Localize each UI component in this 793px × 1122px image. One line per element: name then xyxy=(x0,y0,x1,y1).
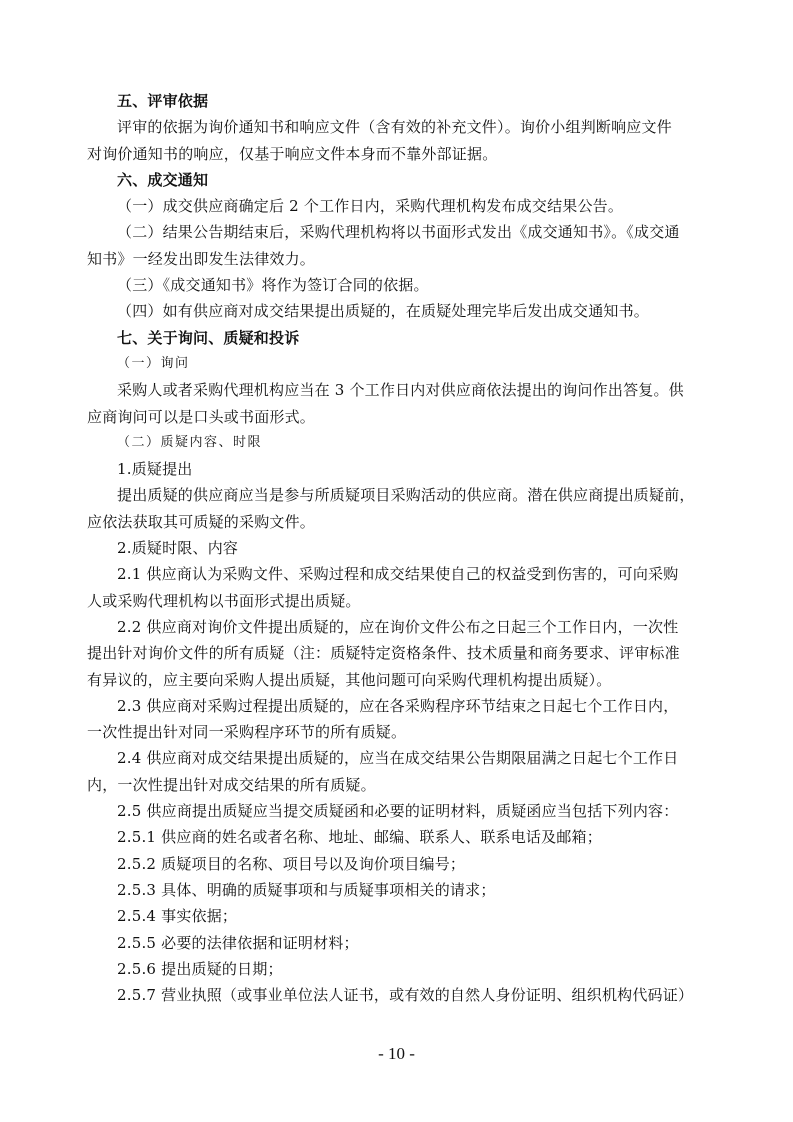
paragraph-line: 2.质疑时限、内容 xyxy=(87,535,712,561)
paragraph-line: 对询价通知书的响应，仅基于响应文件本身而不靠外部证据。 xyxy=(87,141,712,167)
paragraph-line: 有异议的，应主要向采购人提出质疑，其他问题可向采购代理机构提出质疑）。 xyxy=(87,667,712,693)
paragraph-line: 2.5 供应商提出质疑应当提交质疑函和必要的证明材料，质疑函应当包括下列内容： xyxy=(87,798,712,824)
list-item: 2.5.4 事实依据； xyxy=(87,903,712,929)
paragraph-line: 一次性提出针对同一采购程序环节的所有质疑。 xyxy=(87,719,712,745)
paragraph-line: 提出质疑的供应商应当是参与所质疑项目采购活动的供应商。潜在供应商提出质疑前， xyxy=(87,482,712,508)
subheading-challenge-content-deadline: （二）质疑内容、时限 xyxy=(87,430,712,456)
paragraph-line: 知书》一经发出即发生法律效力。 xyxy=(87,246,712,272)
paragraph-line: 采购人或者采购代理机构应当在 3 个工作日内对供应商依法提出的询问作出答复。供 xyxy=(87,377,712,403)
paragraph-line: 评审的依据为询价通知书和响应文件（含有效的补充文件）。询价小组判断响应文件 xyxy=(87,114,712,140)
list-item: 2.5.7 营业执照（或事业单位法人证书，或有效的自然人身份证明、组织机构代码证… xyxy=(87,982,712,1008)
paragraph-line: 2.3 供应商对采购过程提出质疑的，应在各采购程序环节结束之日起七个工作日内， xyxy=(87,693,712,719)
list-item: 2.5.5 必要的法律依据和证明材料； xyxy=(87,930,712,956)
paragraph-line: （四）如有供应商对成交结果提出质疑的，在质疑处理完毕后发出成交通知书。 xyxy=(87,298,712,324)
paragraph-line: （三）《成交通知书》将作为签订合同的依据。 xyxy=(87,272,712,298)
list-item: 2.5.2 质疑项目的名称、项目号以及询价项目编号； xyxy=(87,851,712,877)
paragraph-line: （二）结果公告期结束后，采购代理机构将以书面形式发出《成交通知书》。《成交通 xyxy=(87,219,712,245)
paragraph-line: 应商询问可以是口头或书面形式。 xyxy=(87,404,712,430)
paragraph-line: 内，一次性提出针对成交结果的所有质疑。 xyxy=(87,772,712,798)
section-heading-award-notice: 六、成交通知 xyxy=(87,167,712,193)
paragraph-line: 1.质疑提出 xyxy=(87,456,712,482)
list-item: 2.5.3 具体、明确的质疑事项和与质疑事项相关的请求； xyxy=(87,877,712,903)
subheading-inquiry: （一）询问 xyxy=(87,351,712,377)
list-item: 2.5.1 供应商的姓名或者名称、地址、邮编、联系人、联系电话及邮箱； xyxy=(87,824,712,850)
paragraph-line: （一）成交供应商确定后 2 个工作日内，采购代理机构发布成交结果公告。 xyxy=(87,193,712,219)
paragraph-line: 2.1 供应商认为采购文件、采购过程和成交结果使自己的权益受到伤害的，可向采购 xyxy=(87,561,712,587)
list-item: 2.5.6 提出质疑的日期； xyxy=(87,956,712,982)
paragraph-line: 提出针对询价文件的所有质疑（注：质疑特定资格条件、技术质量和商务要求、评审标准 xyxy=(87,640,712,666)
document-page: 五、评审依据 评审的依据为询价通知书和响应文件（含有效的补充文件）。询价小组判断… xyxy=(87,88,712,1008)
paragraph-line: 应依法获取其可质疑的采购文件。 xyxy=(87,509,712,535)
section-heading-evaluation-basis: 五、评审依据 xyxy=(87,88,712,114)
paragraph-line: 人或采购代理机构以书面形式提出质疑。 xyxy=(87,588,712,614)
paragraph-line: 2.4 供应商对成交结果提出质疑的，应当在成交结果公告期限届满之日起七个工作日 xyxy=(87,745,712,771)
page-number: - 10 - xyxy=(0,1044,793,1064)
section-heading-inquiry-challenge-complaint: 七、关于询问、质疑和投诉 xyxy=(87,325,712,351)
paragraph-line: 2.2 供应商对询价文件提出质疑的，应在询价文件公布之日起三个工作日内，一次性 xyxy=(87,614,712,640)
